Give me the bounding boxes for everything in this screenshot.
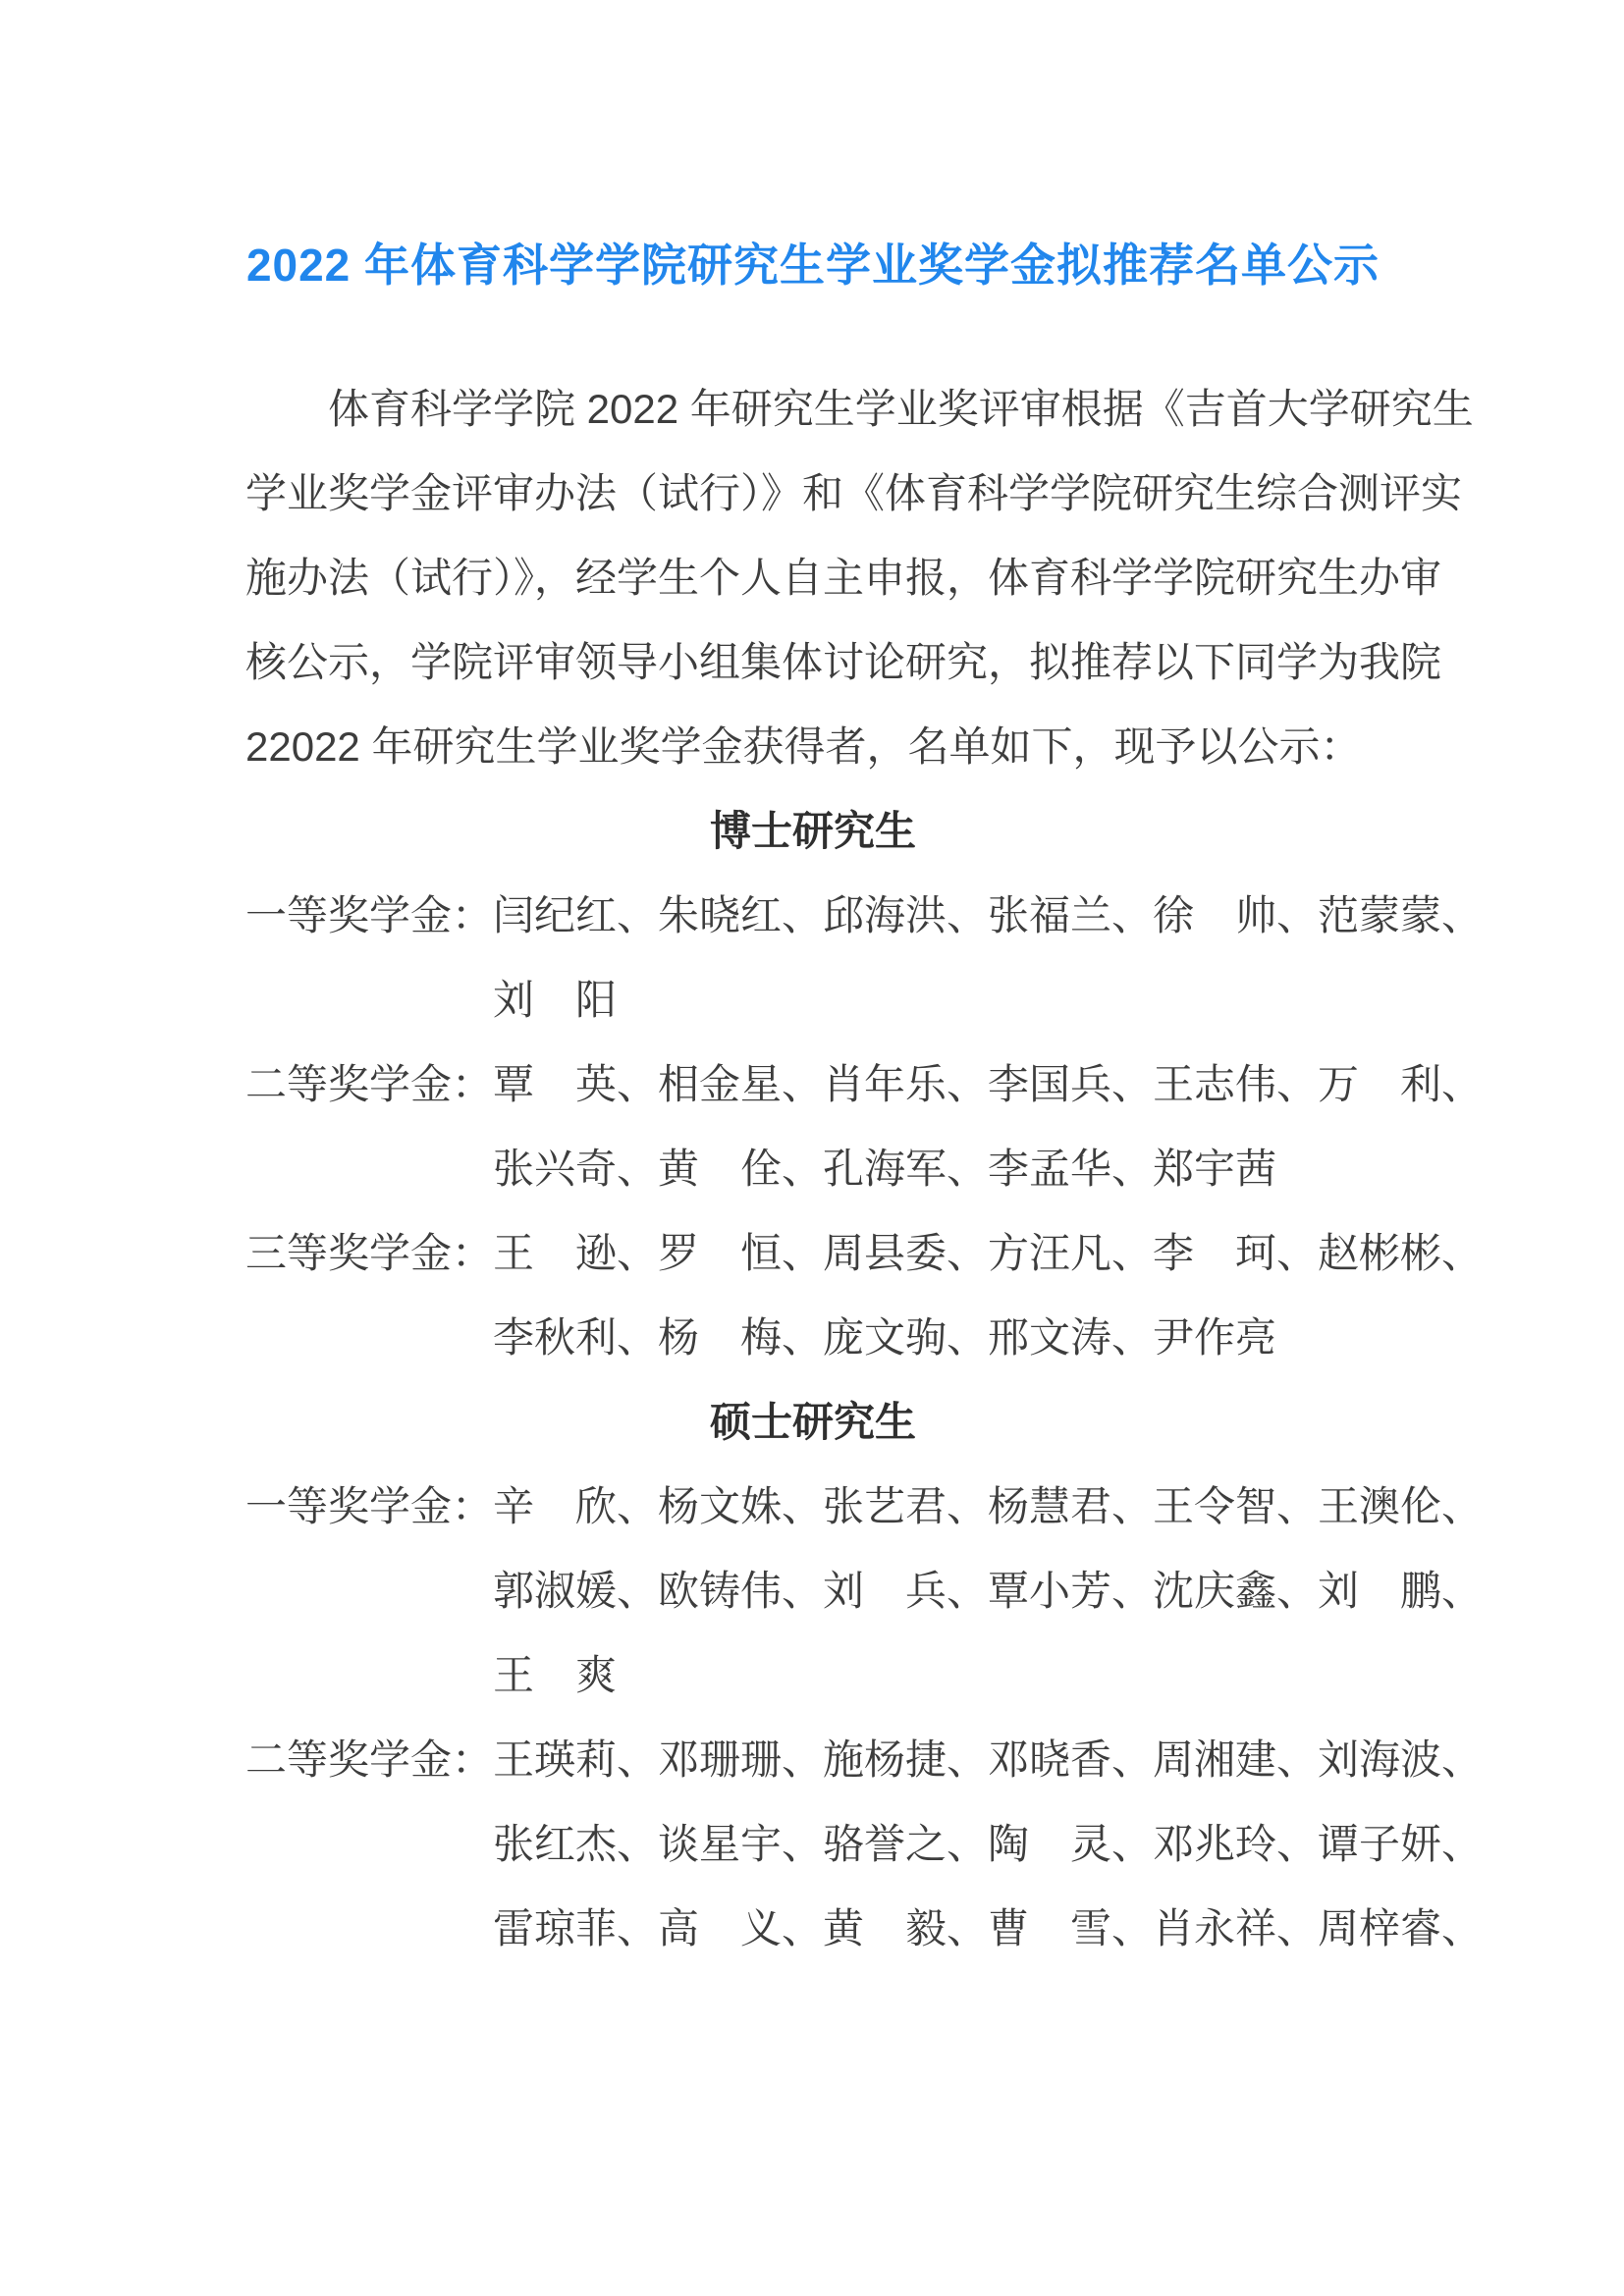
doctoral-first-prize-line: 一等奖学金：闫纪红、朱晓红、邱海洪、张福兰、徐 帅、范蒙蒙、 bbox=[245, 874, 1380, 958]
doctoral-third-prize-line: 三等奖学金：王 逊、罗 恒、周县委、方汪凡、李 珂、赵彬彬、 bbox=[245, 1211, 1380, 1296]
doctoral-first-prize-names-cont: 刘 阳 bbox=[245, 958, 1380, 1042]
masters-second-prize-names-cont-1: 张红杰、谈星宇、骆誉之、陶 灵、邓兆玲、谭子妍、 bbox=[245, 1802, 1380, 1887]
paragraph-line-1: 体育科学学院 2022 年研究生学业奖评审根据《吉首大学研究生 bbox=[245, 367, 1380, 452]
masters-second-prize-label: 二等奖学金： bbox=[245, 1718, 493, 1802]
masters-first-prize-names-cont-2: 王 爽 bbox=[245, 1633, 1380, 1718]
doctoral-second-prize-names: 覃 英、相金星、肖年乐、李国兵、王志伟、万 利、 bbox=[493, 1061, 1483, 1107]
doctoral-first-prize-label: 一等奖学金： bbox=[245, 874, 493, 958]
paragraph-line-5: 22022 年研究生学业奖学金获得者，名单如下，现予以公示： bbox=[245, 705, 1380, 789]
masters-second-prize-names-cont-2: 雷琼菲、高 义、黄 毅、曹 雪、肖永祥、周梓睿、 bbox=[245, 1887, 1380, 1971]
paragraph-line-2: 学业奖学金评审办法（试行）》和《体育科学学院研究生综合测评实 bbox=[245, 452, 1380, 536]
masters-second-prize-names: 王瑛莉、邓珊珊、施杨捷、邓晓香、周湘建、刘海波、 bbox=[493, 1736, 1483, 1783]
masters-first-prize-line: 一等奖学金：辛 欣、杨文姝、张艺君、杨慧君、王令智、王澳伦、 bbox=[245, 1465, 1380, 1549]
page-title: 2022 年体育科学学院研究生学业奖学金拟推荐名单公示 bbox=[245, 223, 1380, 307]
section-heading-masters: 硕士研究生 bbox=[245, 1380, 1380, 1465]
document-content: 2022 年体育科学学院研究生学业奖学金拟推荐名单公示 体育科学学院 2022 … bbox=[0, 223, 1624, 1971]
doctoral-third-prize-label: 三等奖学金： bbox=[245, 1211, 493, 1296]
doctoral-third-prize-names-cont: 李秋利、杨 梅、庞文驹、邢文涛、尹作亮 bbox=[245, 1296, 1380, 1380]
doctoral-second-prize-names-cont: 张兴奇、黄 佺、孔海军、李孟华、郑宇茜 bbox=[245, 1127, 1380, 1211]
doctoral-second-prize-label: 二等奖学金： bbox=[245, 1042, 493, 1127]
doctoral-third-prize-names: 王 逊、罗 恒、周县委、方汪凡、李 珂、赵彬彬、 bbox=[493, 1230, 1483, 1276]
doctoral-second-prize-line: 二等奖学金：覃 英、相金星、肖年乐、李国兵、王志伟、万 利、 bbox=[245, 1042, 1380, 1127]
paragraph-line-4: 核公示，学院评审领导小组集体讨论研究，拟推荐以下同学为我院 bbox=[245, 620, 1380, 705]
masters-second-prize-line: 二等奖学金：王瑛莉、邓珊珊、施杨捷、邓晓香、周湘建、刘海波、 bbox=[245, 1718, 1380, 1802]
document-body: 体育科学学院 2022 年研究生学业奖评审根据《吉首大学研究生 学业奖学金评审办… bbox=[245, 367, 1380, 1971]
paragraph-line-3: 施办法（试行）》，经学生个人自主申报，体育科学学院研究生办审 bbox=[245, 536, 1380, 620]
section-heading-doctoral: 博士研究生 bbox=[245, 789, 1380, 874]
document-page: 2022 年体育科学学院研究生学业奖学金拟推荐名单公示 体育科学学院 2022 … bbox=[0, 0, 1624, 2296]
masters-first-prize-label: 一等奖学金： bbox=[245, 1465, 493, 1549]
masters-first-prize-names-cont-1: 郭淑媛、欧铸伟、刘 兵、覃小芳、沈庆鑫、刘 鹏、 bbox=[245, 1549, 1380, 1633]
masters-first-prize-names: 辛 欣、杨文姝、张艺君、杨慧君、王令智、王澳伦、 bbox=[493, 1483, 1483, 1529]
doctoral-first-prize-names: 闫纪红、朱晓红、邱海洪、张福兰、徐 帅、范蒙蒙、 bbox=[493, 892, 1483, 938]
